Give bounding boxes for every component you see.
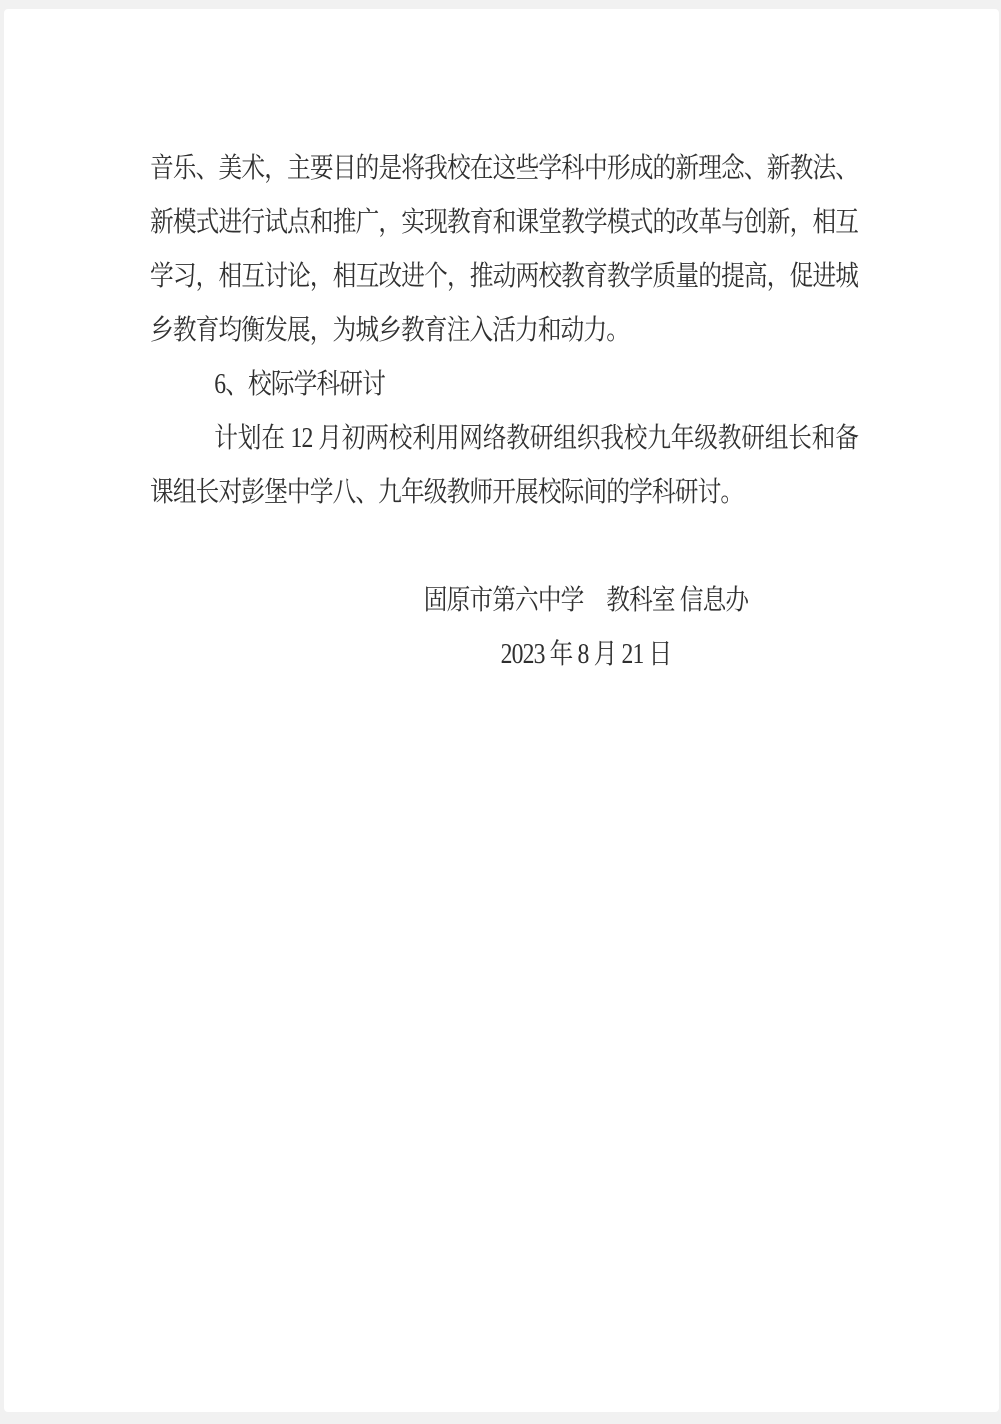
document-page: 音乐、美术，主要目的是将我校在这些学科中形成的新理念、新教法、新模式进行试点和推… bbox=[4, 9, 999, 1412]
body-paragraph-continuation: 音乐、美术，主要目的是将我校在这些学科中形成的新理念、新教法、新模式进行试点和推… bbox=[150, 142, 858, 358]
document-content: 音乐、美术，主要目的是将我校在这些学科中形成的新理念、新教法、新模式进行试点和推… bbox=[150, 142, 858, 682]
signature-block: 固原市第六中学 教科室 信息办 2023 年 8 月 21 日 bbox=[232, 574, 940, 682]
body-paragraph-plan: 计划在 12 月初两校利用网络教研组织我校九年级教研组长和备课组长对彭堡中学八、… bbox=[150, 412, 858, 520]
section-heading-6: 6、校际学科研讨 bbox=[150, 358, 858, 412]
date-line: 2023 年 8 月 21 日 bbox=[232, 628, 940, 682]
signature-line: 固原市第六中学 教科室 信息办 bbox=[232, 574, 940, 628]
